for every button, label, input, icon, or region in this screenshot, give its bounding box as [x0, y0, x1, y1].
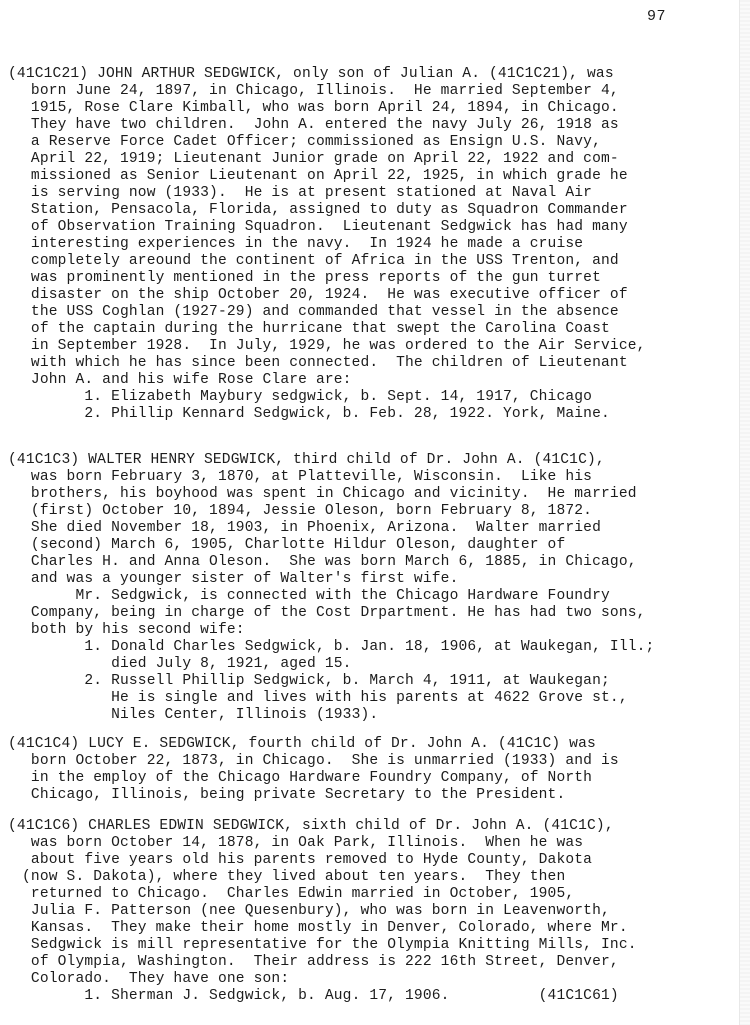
text-line: April 22, 1919; Lieutenant Junior grade …: [22, 151, 619, 168]
text-line: the USS Coghlan (1927-29) and commanded …: [22, 304, 619, 321]
entry-heading-line: (41C1C4) LUCY E. SEDGWICK, fourth child …: [8, 736, 596, 753]
entry-heading-line: (41C1C21) JOHN ARTHUR SEDGWICK, only son…: [8, 66, 614, 83]
text-line: Niles Center, Illinois (1933).: [22, 707, 378, 724]
text-line: born October 22, 1873, in Chicago. She i…: [22, 753, 619, 770]
text-line: Mr. Sedgwick, is connected with the Chic…: [22, 588, 610, 605]
child-list-item: 1. Elizabeth Maybury sedgwick, b. Sept. …: [22, 389, 592, 406]
text-line: (first) October 10, 1894, Jessie Oleson,…: [22, 503, 592, 520]
text-line: missioned as Senior Lieutenant on April …: [22, 168, 628, 185]
text-line: with which he has since been connected. …: [22, 355, 628, 372]
text-line: of Olympia, Washington. Their address is…: [22, 954, 619, 971]
text-line: disaster on the ship October 20, 1924. H…: [22, 287, 628, 304]
text-line: both by his second wife:: [22, 622, 245, 639]
text-line: Colorado. They have one son:: [22, 971, 289, 988]
child-list-item: 2. Phillip Kennard Sedgwick, b. Feb. 28,…: [22, 406, 610, 423]
text-line: and was a younger sister of Walter's fir…: [22, 571, 458, 588]
text-line: She died November 18, 1903, in Phoenix, …: [22, 520, 601, 537]
scan-edge: [739, 0, 750, 1025]
text-line: was born February 3, 1870, at Plattevill…: [22, 469, 592, 486]
page-number: 97: [647, 8, 666, 25]
text-line: in September 1928. In July, 1929, he was…: [22, 338, 646, 355]
text-line: John A. and his wife Rose Clare are:: [22, 372, 352, 389]
text-line: Sedgwick is mill representative for the …: [22, 937, 637, 954]
text-line: Kansas. They make their home mostly in D…: [22, 920, 628, 937]
text-line: Julia F. Patterson (nee Quesenbury), who…: [22, 903, 610, 920]
text-line: of the captain during the hurricane that…: [22, 321, 610, 338]
text-line: (now S. Dakota), where they lived about …: [22, 869, 565, 886]
text-line: of Observation Training Squadron. Lieute…: [22, 219, 628, 236]
text-line: Charles H. and Anna Oleson. She was born…: [22, 554, 637, 571]
text-line: They have two children. John A. entered …: [22, 117, 619, 134]
text-line: was born October 14, 1878, in Oak Park, …: [22, 835, 583, 852]
text-line: about five years old his parents removed…: [22, 852, 592, 869]
text-line: a Reserve Force Cadet Officer; commissio…: [22, 134, 601, 151]
child-list-item: 2. Russell Phillip Sedgwick, b. March 4,…: [22, 673, 610, 690]
text-line: Chicago, Illinois, being private Secreta…: [22, 787, 565, 804]
text-line: (second) March 6, 1905, Charlotte Hildur…: [22, 537, 565, 554]
text-line: interesting experiences in the navy. In …: [22, 236, 583, 253]
entry-heading-line: (41C1C6) CHARLES EDWIN SEDGWICK, sixth c…: [8, 818, 614, 835]
text-line: returned to Chicago. Charles Edwin marri…: [22, 886, 574, 903]
text-line: brothers, his boyhood was spent in Chica…: [22, 486, 637, 503]
text-line: born June 24, 1897, in Chicago, Illinois…: [22, 83, 619, 100]
entry-heading-line: (41C1C3) WALTER HENRY SEDGWICK, third ch…: [8, 452, 605, 469]
text-line: completely areound the continent of Afri…: [22, 253, 619, 270]
document-page: 97 (41C1C21) JOHN ARTHUR SEDGWICK, only …: [0, 0, 750, 1025]
text-line: died July 8, 1921, aged 15.: [22, 656, 352, 673]
text-line: 1915, Rose Clare Kimball, who was born A…: [22, 100, 619, 117]
child-list-item: 1. Sherman J. Sedgwick, b. Aug. 17, 1906…: [22, 988, 619, 1005]
text-line: in the employ of the Chicago Hardware Fo…: [22, 770, 592, 787]
text-line: was prominently mentioned in the press r…: [22, 270, 601, 287]
text-line: Station, Pensacola, Florida, assigned to…: [22, 202, 628, 219]
text-line: Company, being in charge of the Cost Drp…: [22, 605, 646, 622]
child-list-item: 1. Donald Charles Sedgwick, b. Jan. 18, …: [22, 639, 654, 656]
text-line: He is single and lives with his parents …: [22, 690, 628, 707]
text-line: is serving now (1933). He is at present …: [22, 185, 592, 202]
